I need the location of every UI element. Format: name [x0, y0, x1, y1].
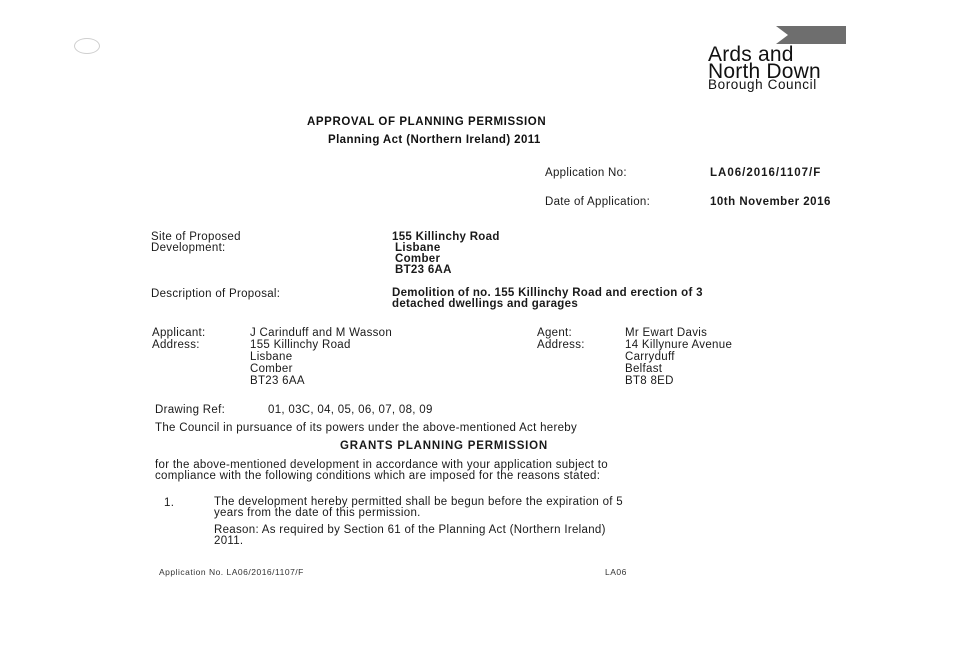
condition-reason: Reason: As required by Section 61 of the…: [214, 525, 606, 547]
drawing-ref-label: Drawing Ref:: [155, 404, 225, 416]
document-subtitle: Planning Act (Northern Ireland) 2011: [328, 134, 541, 146]
agent-name: Mr Ewart Davis: [625, 327, 707, 339]
logo-line-3: Borough Council: [708, 78, 817, 92]
agent-address: 14 Killynure Avenue Carryduff Belfast BT…: [625, 339, 732, 387]
footer-application-no: Application No. LA06/2016/1107/F: [159, 567, 304, 577]
applicant-address-line: 155 Killinchy Road: [250, 339, 351, 351]
drawing-ref-value: 01, 03C, 04, 05, 06, 07, 08, 09: [268, 404, 433, 416]
proposal-label: Description of Proposal:: [151, 288, 280, 300]
agent-address-line: BT8 8ED: [625, 375, 732, 387]
footer-code: LA06: [605, 567, 627, 577]
stamp-mark: [74, 38, 100, 54]
document-title: APPROVAL OF PLANNING PERMISSION: [307, 116, 546, 128]
condition-line-2: years from the date of this permission.: [214, 508, 623, 519]
accordance-line-2: compliance with the following conditions…: [155, 471, 608, 482]
site-label: Site of Proposed Development:: [151, 232, 241, 254]
applicant-address-line: Lisbane: [250, 351, 351, 363]
reason-line-2: 2011.: [214, 536, 606, 547]
date-of-application-value: 10th November 2016: [710, 196, 831, 208]
agent-address-line: Belfast: [625, 363, 732, 375]
agent-address-label: Address:: [537, 339, 585, 351]
agent-address-line: 14 Killynure Avenue: [625, 339, 732, 351]
condition-text: The development hereby permitted shall b…: [214, 497, 623, 519]
agent-label: Agent:: [537, 327, 572, 339]
flag-icon: [776, 26, 846, 44]
site-address: 155 Killinchy Road Lisbane Comber BT23 6…: [392, 232, 500, 276]
applicant-address: 155 Killinchy Road Lisbane Comber BT23 6…: [250, 339, 351, 387]
grants-heading: GRANTS PLANNING PERMISSION: [340, 440, 548, 452]
applicant-address-line: Comber: [250, 363, 351, 375]
applicant-name: J Carinduff and M Wasson: [250, 327, 392, 339]
application-no-value: LA06/2016/1107/F: [710, 167, 821, 179]
applicant-label: Applicant:: [152, 327, 206, 339]
accordance-text: for the above-mentioned development in a…: [155, 460, 608, 482]
application-no-label: Application No:: [545, 167, 627, 179]
agent-address-line: Carryduff: [625, 351, 732, 363]
proposal-description: Demolition of no. 155 Killinchy Road and…: [392, 288, 703, 310]
applicant-address-label: Address:: [152, 339, 200, 351]
proposal-line-2: detached dwellings and garages: [392, 299, 703, 310]
pursuance-text: The Council in pursuance of its powers u…: [155, 422, 577, 434]
date-of-application-label: Date of Application:: [545, 196, 650, 208]
site-address-line: BT23 6AA: [392, 265, 500, 276]
applicant-address-line: BT23 6AA: [250, 375, 351, 387]
reason-line-1: Reason: As required by Section 61 of the…: [214, 525, 606, 536]
condition-number: 1.: [164, 497, 174, 509]
site-label-line-2: Development:: [151, 243, 241, 254]
